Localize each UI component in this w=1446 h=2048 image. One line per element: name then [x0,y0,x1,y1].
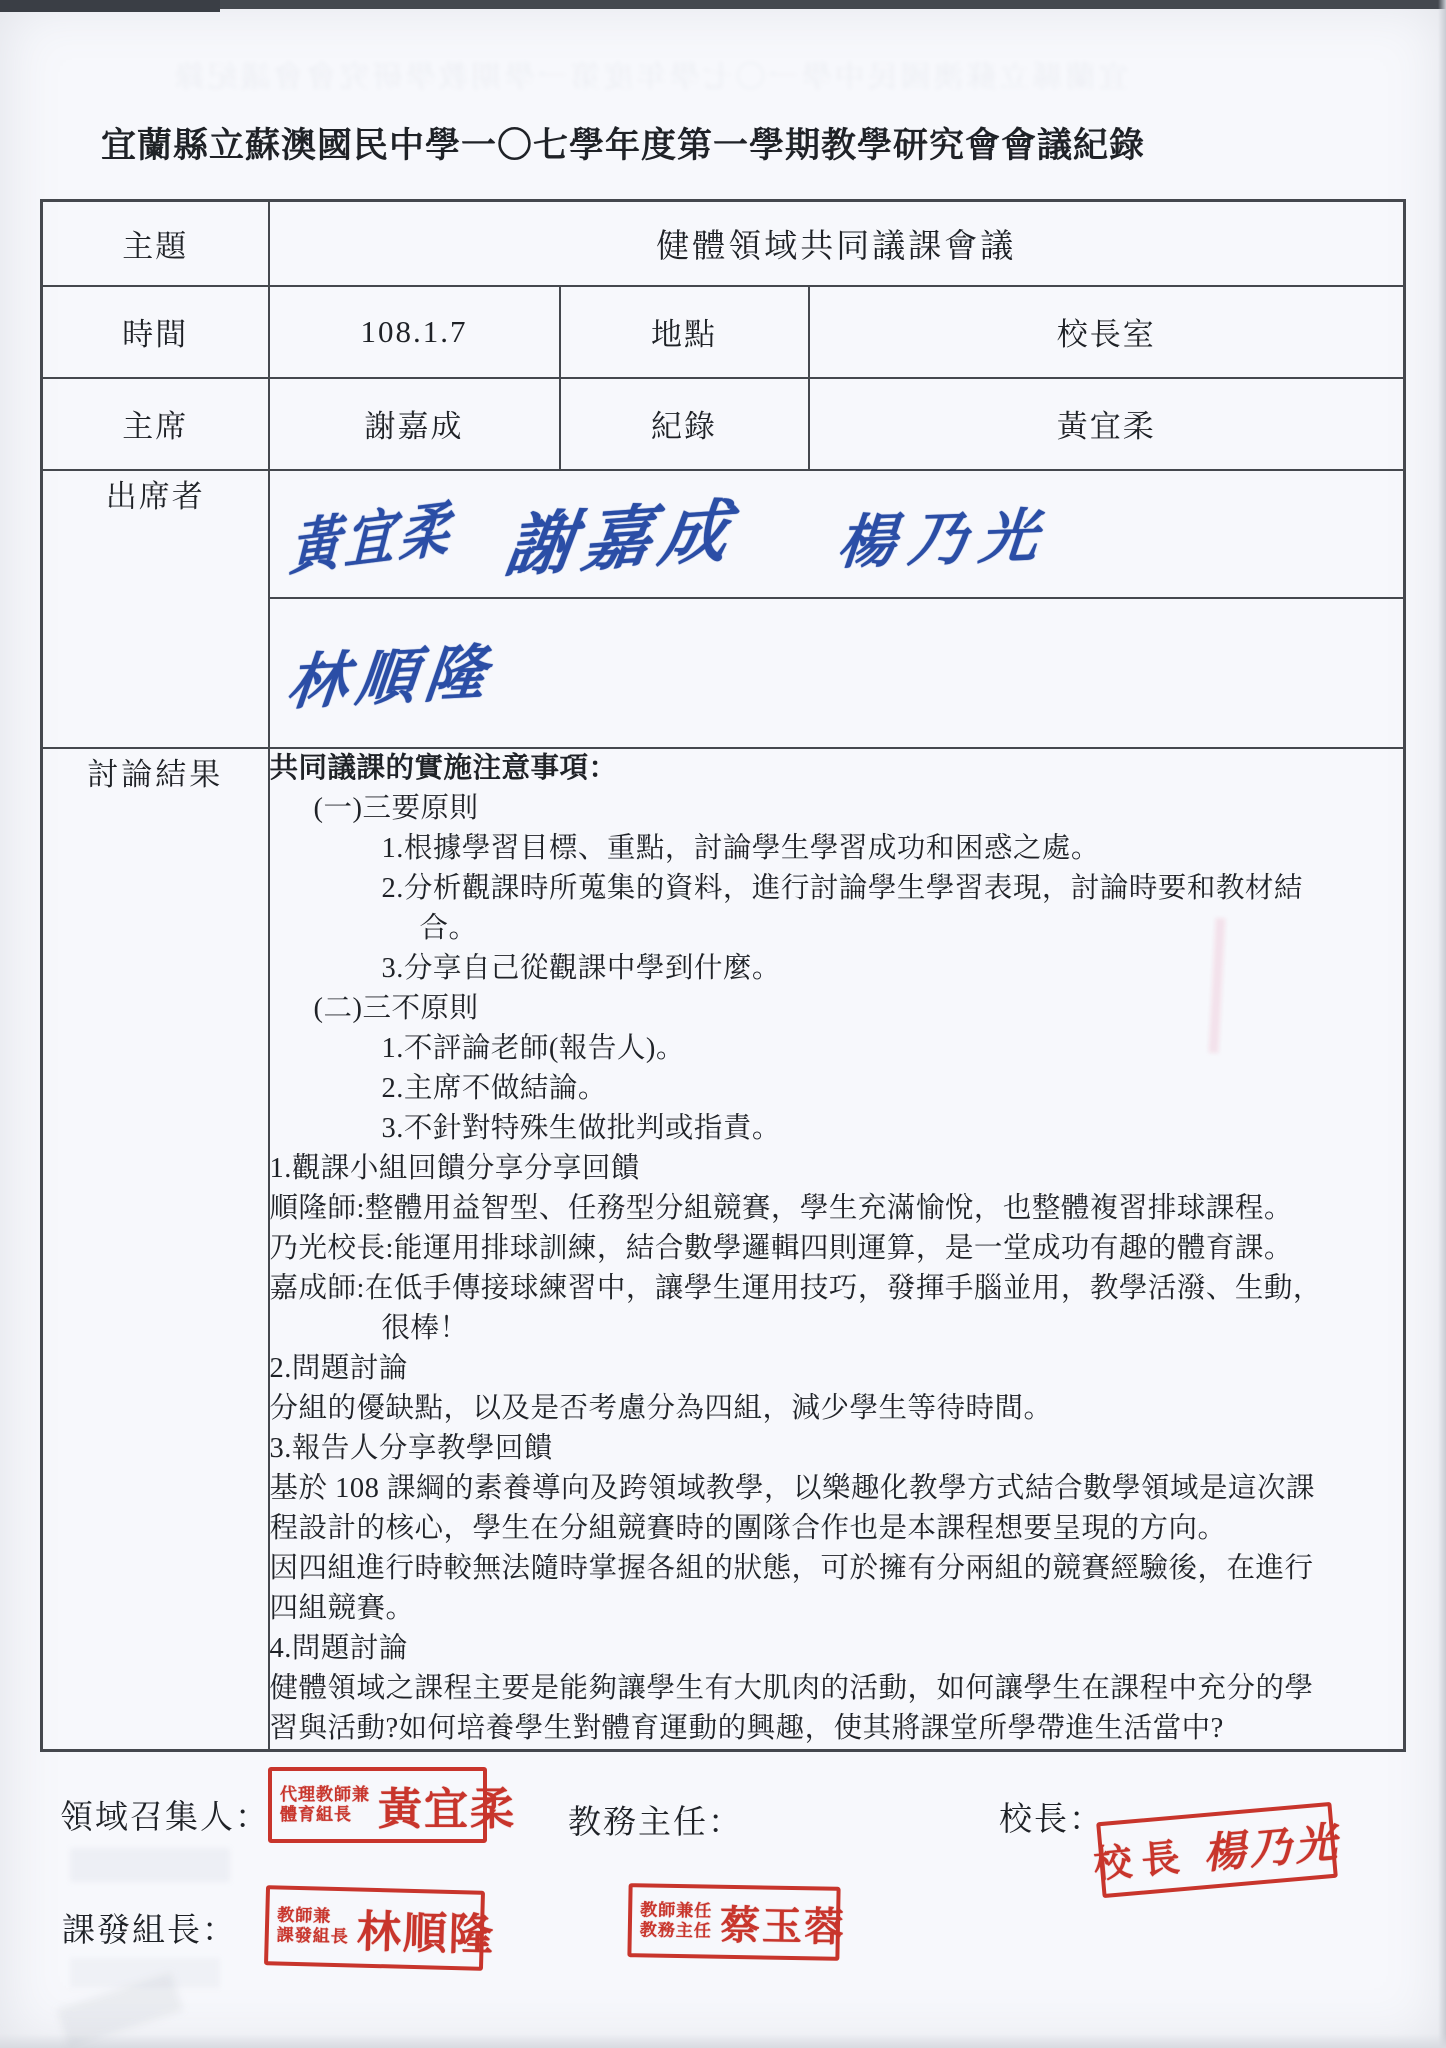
stamp-role-line2: 體育組長 [280,1805,370,1825]
discussion-line: (二)三不原則 [270,989,1404,1029]
discussion-line: 習與活動?如何培養學生對體育運動的興趣，使其將課堂所學帶進生活當中? [270,1709,1404,1749]
discussion-line: 乃光校長:能運用排球訓練，結合數學邏輯四則運算，是一堂成功有趣的體育課。 [270,1229,1404,1269]
discussion-line: 3.分享自己從觀課中學到什麼。 [270,949,1404,989]
attendee-signature: 林順隆 [283,624,499,721]
meeting-record-table: 主題 健體領域共同議課會議 時間 108.1.7 地點 校長室 主席 謝嘉成 紀… [40,199,1406,1752]
discussion-line: 順隆師:整體用益智型、任務型分組競賽，學生充滿愉悅，也整體複習排球課程。 [270,1189,1404,1229]
discussion-line: 嘉成師:在低手傳接球練習中，讓學生運用技巧，發揮手腦並用，教學活潑、生動， [270,1269,1404,1309]
gray-smudge [70,1848,230,1882]
discussion-line: 程設計的核心，學生在分組競賽時的團隊合作也是本課程想要呈現的方向。 [270,1509,1404,1549]
bleed-through-ghost-text: 宜蘭縣立蘇澳國民中學一〇七學年度第一學期教學研究會會議紀錄 [140,52,1160,96]
discussion-line: 3.不針對特殊生做批判或指責。 [270,1109,1404,1149]
principal-label: 校長： [999,1793,1104,1840]
attendee-signature: 謝嘉成 [500,476,744,590]
dean-stamp: 教師兼任 教務主任 蔡玉蓉 [627,1883,840,1961]
discussion-line: 共同議課的實施注意事項： [270,749,1404,789]
stamp-role-line1: 教師兼 [277,1905,350,1927]
page-title: 宜蘭縣立蘇澳國民中學一〇七學年度第一學期教學研究會會議紀錄 [0,118,1246,168]
attendee-signature: 楊乃光 [834,488,1054,580]
stamp-name: 林順隆 [356,1896,496,1964]
stamp-role-line1: 教師兼任 [640,1900,712,1922]
attendee-signatures-row-1: 黃宜柔謝嘉成楊乃光 [269,470,1405,598]
dean-label: 教務主任： [568,1796,743,1843]
time-label: 時間 [42,286,269,378]
chair-value: 謝嘉成 [269,378,560,470]
discussion-line: 2.主席不做結論。 [270,1069,1404,1109]
stamp-name: 黃宜柔 [378,1773,516,1837]
discussion-line: 健體領域之課程主要是能夠讓學生有大肌肉的活動，如何讓學生在課程中充分的學 [270,1669,1404,1709]
discussion-label: 討論結果 [42,748,269,1751]
recorder-label: 紀錄 [560,378,809,470]
stamp-name: 蔡玉蓉 [720,1893,847,1952]
attendees-label: 出席者 [42,470,269,748]
gray-smudge [70,1958,220,1988]
discussion-line: 4.問題討論 [270,1629,1404,1669]
stamp-role-lines: 教師兼 課發組長 [276,1905,349,1948]
scan-edge-band [0,0,1446,9]
discussion-line: 四組競賽。 [270,1589,1404,1629]
scan-edge-bottom [0,2034,1446,2048]
discussion-line: 1.觀課小組回饋分享分享回饋 [270,1149,1404,1189]
attendee-signatures-row-2: 林順隆 [269,598,1405,748]
topic-label: 主題 [42,201,269,286]
stamp-role-line2: 課發組長 [276,1925,349,1947]
stamp-name: 楊乃光 [1200,1809,1343,1881]
discussion-line: (一)三要原則 [270,789,1404,829]
stamp-role-line2: 教務主任 [640,1920,712,1942]
discussion-line: 2.問題討論 [270,1349,1404,1389]
discussion-content: 共同議課的實施注意事項：(一)三要原則1.根據學習目標、重點，討論學生學習成功和… [269,748,1405,1751]
curriculum-label: 課發組長： [62,1904,237,1951]
stamp-role-line1: 代理教師兼 [280,1785,370,1805]
scanned-meeting-record-page: 宜蘭縣立蘇澳國民中學一〇七學年度第一學期教學研究會會議紀錄 宜蘭縣立蘇澳國民中學… [0,0,1446,2048]
recorder-value: 黃宜柔 [809,378,1405,470]
stamp-role-prefix: 校長 [1091,1825,1191,1888]
place-label: 地點 [560,286,809,378]
discussion-line: 合。 [270,909,1404,949]
stamp-role-lines: 代理教師兼 體育組長 [280,1785,370,1826]
topic-value: 健體領域共同議課會議 [269,201,1405,286]
discussion-line: 因四組進行時較無法隨時掌握各組的狀態，可於擁有分兩組的競賽經驗後，在進行 [270,1549,1404,1589]
discussion-line: 1.不評論老師(報告人)。 [270,1029,1404,1069]
discussion-line: 分組的優缺點，以及是否考慮分為四組，減少學生等待時間。 [270,1389,1404,1429]
curriculum-stamp: 教師兼 課發組長 林順隆 [264,1885,485,1971]
discussion-line: 基於 108 課綱的素養導向及跨領域教學，以樂趣化教學方式結合數學領域是這次課 [270,1469,1404,1509]
discussion-line: 3.報告人分享教學回饋 [270,1429,1404,1469]
convener-label: 領域召集人： [60,1791,270,1838]
chair-label: 主席 [42,378,269,470]
place-value: 校長室 [809,286,1405,378]
attendee-signature: 黃宜柔 [288,480,456,586]
principal-stamp: 校長 楊乃光 [1096,1802,1338,1898]
discussion-line: 很棒！ [270,1309,1404,1349]
convener-stamp: 代理教師兼 體育組長 黃宜柔 [268,1767,487,1843]
time-value: 108.1.7 [269,286,560,378]
stamp-role-lines: 教師兼任 教務主任 [640,1900,713,1942]
discussion-line: 2.分析觀課時所蒐集的資料，進行討論學生學習表現，討論時要和教材結 [270,869,1404,909]
scan-edge-right [1438,0,1446,2048]
discussion-line: 1.根據學習目標、重點，討論學生學習成功和困惑之處。 [270,829,1404,869]
